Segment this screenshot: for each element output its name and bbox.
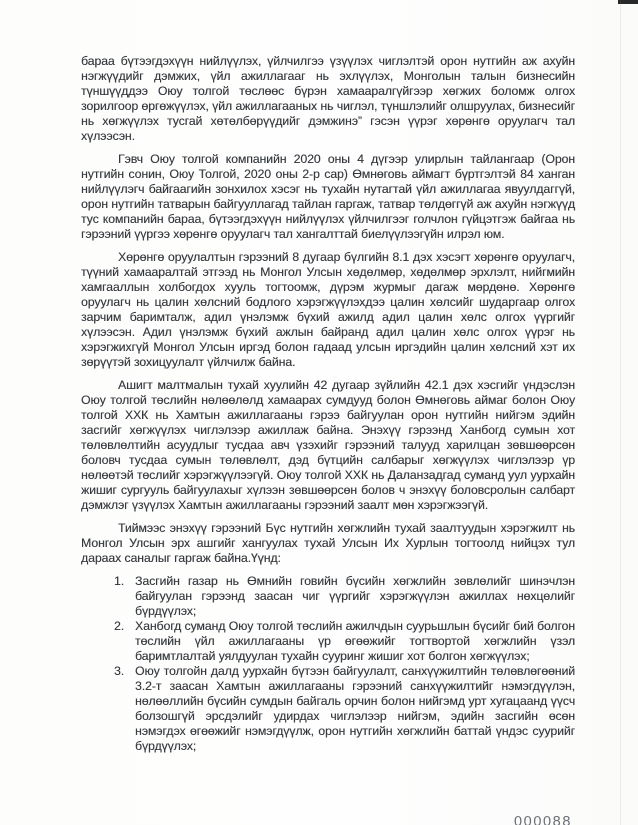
paragraph-quarterly-report-findings: Гэвч Оюу толгой компанийн 2020 оны 4 дүг…	[81, 152, 575, 242]
proposal-item-2: 2. Ханбогд суманд Оюу толгой төслийн ажи…	[81, 619, 575, 664]
page-number-stamp: 000088	[514, 815, 572, 825]
proposal-item-1-text: Засгийн газар нь Өмнийн говийн бүсийн хө…	[135, 574, 575, 618]
proposal-item-1: 1. Засгийн газар нь Өмнийн говийн бүсийн…	[81, 574, 575, 619]
paragraph-minerals-law-cooperation: Ашигт малтмалын тухай хуулийн 42 дугаар …	[81, 378, 575, 513]
scanned-document-page: бараа бүтээгдэхүүн нийлүүлэх, үйлчилгээ …	[0, 0, 638, 825]
proposal-item-3-number: 3.	[114, 664, 124, 679]
document-text-block: бараа бүтээгдэхүүн нийлүүлэх, үйлчилгээ …	[81, 54, 575, 754]
proposal-item-3-text: Оюу толгойн далд уурхайн бүтээн байгуула…	[135, 664, 575, 753]
paragraph-supplier-support-continuation: бараа бүтээгдэхүүн нийлүүлэх, үйлчилгээ …	[81, 54, 575, 144]
proposal-item-1-number: 1.	[114, 574, 124, 589]
proposal-item-2-text: Ханбогд суманд Оюу толгой төслийн ажилчд…	[135, 619, 575, 663]
proposal-item-3: 3. Оюу толгойн далд уурхайн бүтээн байгу…	[81, 664, 575, 754]
scan-edge-line	[620, 0, 621, 825]
scan-corner-artifact	[618, 0, 638, 4]
paragraph-conclusion-proposals-intro: Тиймээс энэхүү гэрээний Бүс нутгийн хөгж…	[81, 521, 575, 566]
paragraph-investment-agreement-labor: Хөрөнгө оруулалтын гэрээний 8 дугаар бүл…	[81, 250, 575, 370]
proposals-list: 1. Засгийн газар нь Өмнийн говийн бүсийн…	[81, 574, 575, 754]
proposal-item-2-number: 2.	[114, 619, 124, 634]
